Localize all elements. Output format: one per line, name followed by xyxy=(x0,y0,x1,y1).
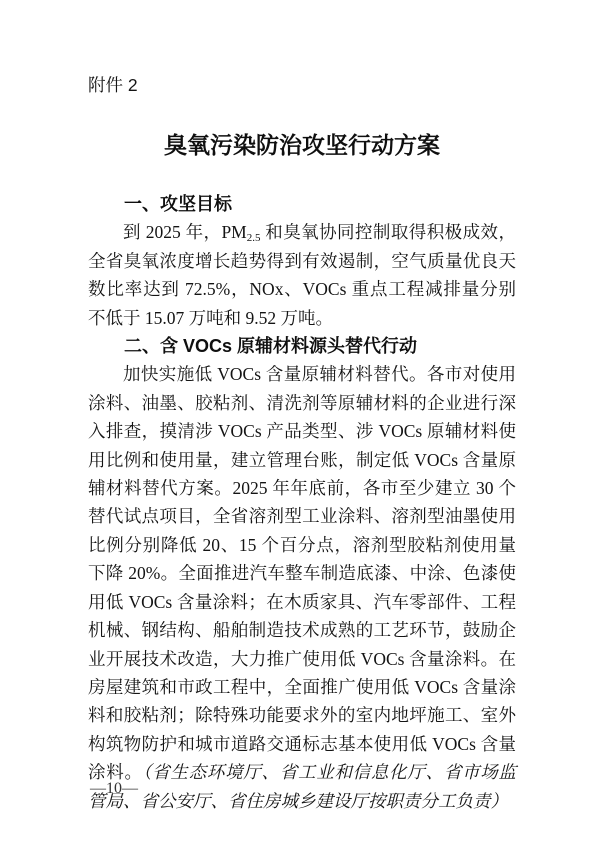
paragraph-text: 到 2025 年，PM xyxy=(123,222,247,242)
document-title: 臭氧污染防治攻坚行动方案 xyxy=(88,128,516,164)
attachment-label: 附件 2 xyxy=(88,73,516,97)
document-body: 一、攻坚目标 到 2025 年，PM2.5 和臭氧协同控制取得积极成效，全省臭氧… xyxy=(88,190,516,815)
section-2-paragraph: 加快实施低 VOCs 含量原辅材料替代。各市对使用涂料、油墨、胶粘剂、清洗剂等原… xyxy=(88,360,516,815)
page-number: —10— xyxy=(90,779,138,799)
section-1-heading: 一、攻坚目标 xyxy=(88,190,516,218)
section-1-paragraph: 到 2025 年，PM2.5 和臭氧协同控制取得积极成效，全省臭氧浓度增长趋势得… xyxy=(88,218,516,332)
document-page: 附件 2 臭氧污染防治攻坚行动方案 一、攻坚目标 到 2025 年，PM2.5 … xyxy=(0,0,600,848)
paragraph-text: 加快实施低 VOCs 含量原辅材料替代。各市对使用涂料、油墨、胶粘剂、清洗剂等原… xyxy=(88,364,516,782)
section-2-heading: 二、含 VOCs 原辅材料源头替代行动 xyxy=(88,332,516,360)
pm25-subscript: 2.5 xyxy=(247,232,261,244)
responsibility-clause: （省生态环境厅、省工业和信息化厅、省市场监管局、省公安厅、省住房城乡建设厅按职责… xyxy=(88,762,516,810)
